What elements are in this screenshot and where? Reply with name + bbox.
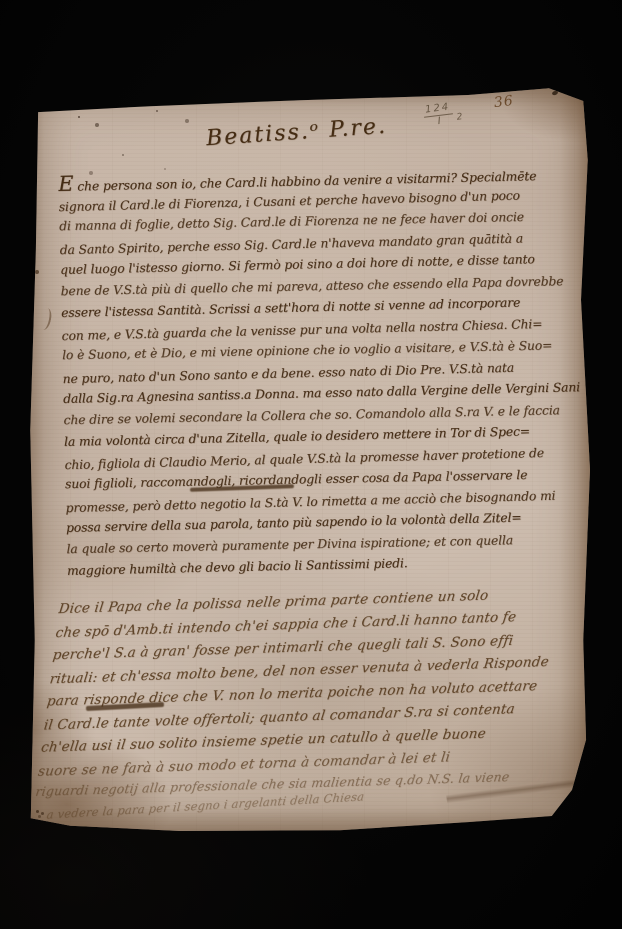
archival-mark-denominator: I <box>424 114 454 128</box>
margin-ink-dot <box>35 270 39 274</box>
margin-ink-mark <box>38 307 53 331</box>
manuscript-page: 36 124 I 2 Beatiss.ᵒ P.re. E che persona… <box>28 86 590 834</box>
margin-ink-dots <box>36 810 39 813</box>
paper-wormhole-specks <box>78 116 80 118</box>
photo-background: 36 124 I 2 Beatiss.ᵒ P.re. E che persona… <box>0 0 622 929</box>
archival-mark-suffix: 2 <box>456 112 463 123</box>
archival-pencil-mark: 124 I 2 <box>423 102 455 128</box>
letter-salutation: Beatiss.ᵒ P.re. <box>205 114 387 152</box>
folio-number: 36 <box>493 93 515 111</box>
corner-ink-specks <box>551 90 558 96</box>
letter-body: E che persona son io, che Card.li habbin… <box>58 162 595 582</box>
